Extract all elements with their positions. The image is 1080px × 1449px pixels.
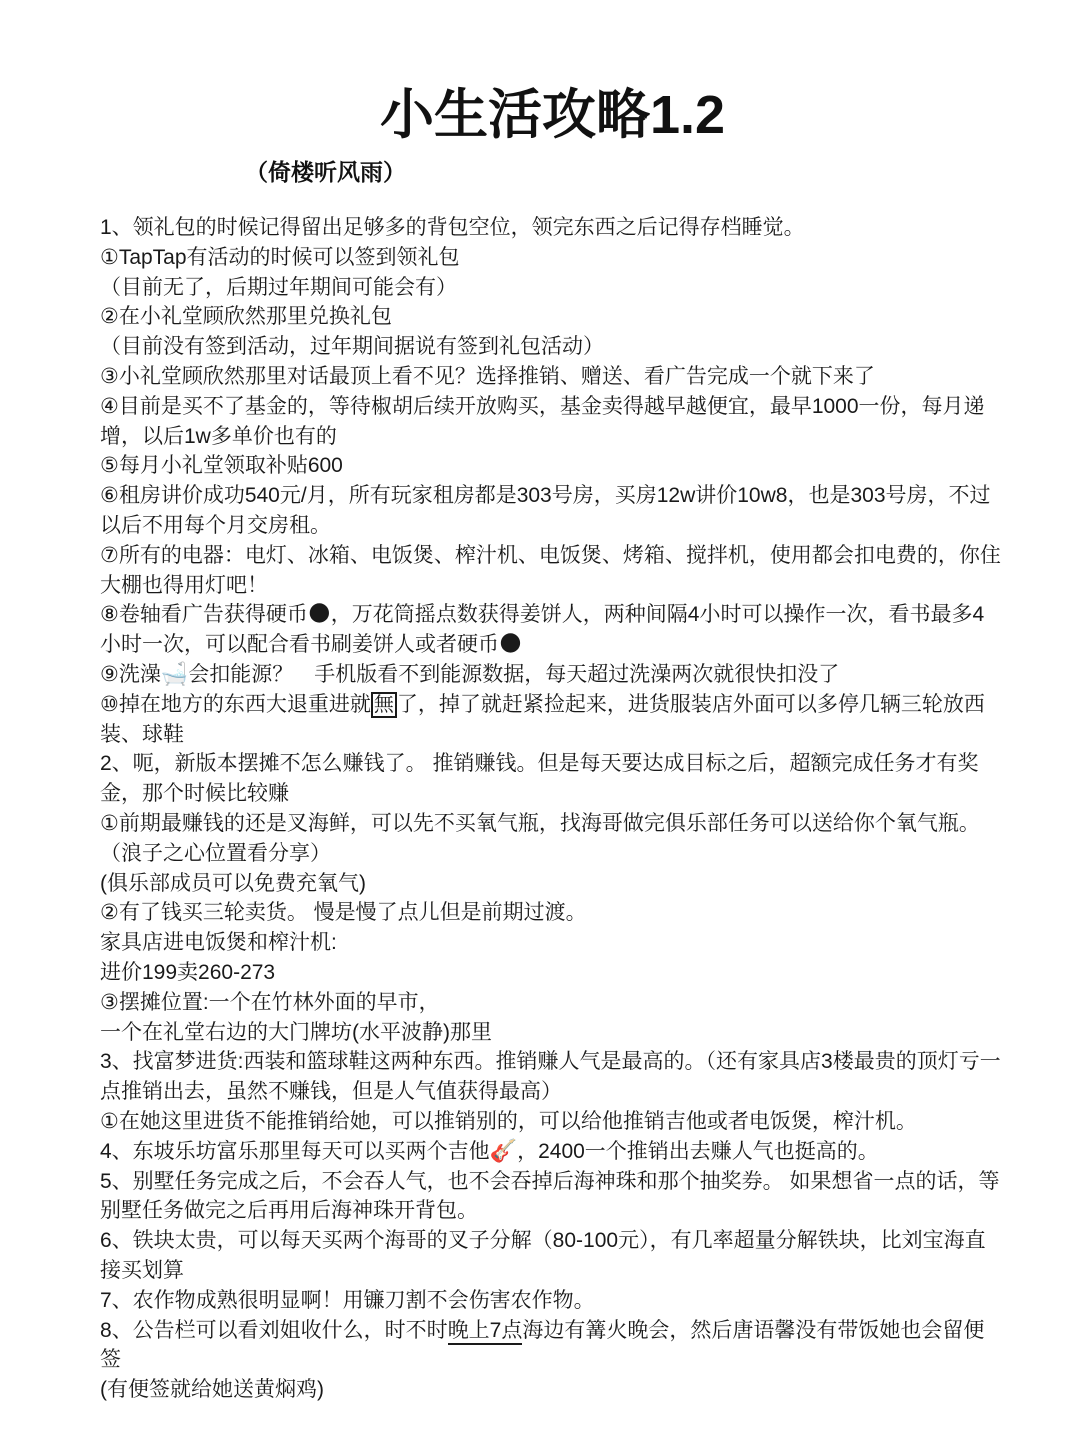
author-byline: （倚楼听风雨）: [245, 154, 1005, 187]
document-line: 3、找富梦进货:西装和篮球鞋这两种东西。推销赚人气是最高的。（还有家具店3楼最贵…: [100, 1047, 1005, 1107]
document-line: 2、呃，新版本摆摊不怎么赚钱了。 推销赚钱。但是每天要达成目标之后，超额完成任务…: [100, 749, 1005, 809]
moon-coin-icon: 🌑: [308, 601, 331, 626]
document-line: （目前无了，后期过年期间可能会有）: [100, 273, 1005, 303]
document-line: ①前期最赚钱的还是叉海鲜，可以先不买氧气瓶，找海哥做完俱乐部任务可以送给你个氧气…: [100, 809, 1005, 839]
document-line: (有便签就给她送黄焖鸡): [100, 1375, 1005, 1405]
document-line: ⑤每月小礼堂领取补贴600: [100, 451, 1005, 481]
document-line: 家具店进电饭煲和榨汁机:: [100, 928, 1005, 958]
guitar-icon: 🎸: [490, 1138, 517, 1163]
moon-coin-icon: 🌑: [499, 631, 522, 656]
document-line: ①在她这里进货不能推销给她，可以推销别的，可以给他推销吉他或者电饭煲，榨汁机。: [100, 1107, 1005, 1137]
boxed-wu-glyph: 無: [371, 692, 397, 718]
document-line: ⑦所有的电器：电灯、冰箱、电饭煲、榨汁机、电饭煲、烤箱、搅拌机，使用都会扣电费的…: [100, 541, 1005, 601]
bathtub-icon: 🛁: [161, 661, 188, 686]
document-line: ③摆摊位置:一个在竹林外面的早市，: [100, 988, 1005, 1018]
document-line: 7、农作物成熟很明显啊！用镰刀割不会伤害农作物。: [100, 1286, 1005, 1316]
document-line: ①TapTap有活动的时候可以签到领礼包: [100, 243, 1005, 273]
underlined-time-text: 晚上7点: [448, 1319, 523, 1345]
document-line: (俱乐部成员可以免费充氧气): [100, 869, 1005, 899]
document-line: （浪子之心位置看分享）: [100, 839, 1005, 869]
document-line: 8、公告栏可以看刘姐收什么，时不时晚上7点海边有篝火晚会，然后唐语馨没有带饭她也…: [100, 1316, 1005, 1376]
document-line: ⑨洗澡🛁会扣能源？ 手机版看不到能源数据，每天超过洗澡两次就很快扣没了: [100, 660, 1005, 690]
document-line: ②在小礼堂顾欣然那里兑换礼包: [100, 302, 1005, 332]
page-title: 小生活攻略1.2: [100, 0, 1005, 146]
document-line: 1、领礼包的时候记得留出足够多的背包空位，领完东西之后记得存档睡觉。: [100, 213, 1005, 243]
document-line: ③小礼堂顾欣然那里对话最顶上看不见？选择推销、赠送、看广告完成一个就下来了: [100, 362, 1005, 392]
document-line: ⑧卷轴看广告获得硬币🌑，万花筒摇点数获得姜饼人，两种间隔4小时可以操作一次，看书…: [100, 600, 1005, 660]
document-line: ⑩掉在地方的东西大退重进就無了，掉了就赶紧捡起来，进货服装店外面可以多停几辆三轮…: [100, 690, 1005, 750]
document-line: （目前没有签到活动，过年期间据说有签到礼包活动）: [100, 332, 1005, 362]
document-body: 1、领礼包的时候记得留出足够多的背包空位，领完东西之后记得存档睡觉。①TapTa…: [100, 213, 1005, 1405]
document-line: 一个在礼堂右边的大门牌坊(水平波静)那里: [100, 1018, 1005, 1048]
document-line: 进价199卖260-273: [100, 958, 1005, 988]
note-page: 小生活攻略1.2 （倚楼听风雨） 1、领礼包的时候记得留出足够多的背包空位，领完…: [0, 0, 1080, 1449]
document-line: ⑥租房讲价成功540元/月，所有玩家租房都是303号房，买房12w讲价10w8，…: [100, 481, 1005, 541]
document-line: ④目前是买不了基金的，等待椒胡后续开放购买，基金卖得越早越便宜，最早1000一份…: [100, 392, 1005, 452]
document-line: 4、东坡乐坊富乐那里每天可以买两个吉他🎸，2400一个推销出去赚人气也挺高的。: [100, 1137, 1005, 1167]
document-line: 5、别墅任务完成之后，不会吞人气，也不会吞掉后海神珠和那个抽奖券。 如果想省一点…: [100, 1167, 1005, 1227]
document-line: 6、铁块太贵，可以每天买两个海哥的叉子分解（80-100元），有几率超量分解铁块…: [100, 1226, 1005, 1286]
document-line: ②有了钱买三轮卖货。 慢是慢了点儿但是前期过渡。: [100, 898, 1005, 928]
